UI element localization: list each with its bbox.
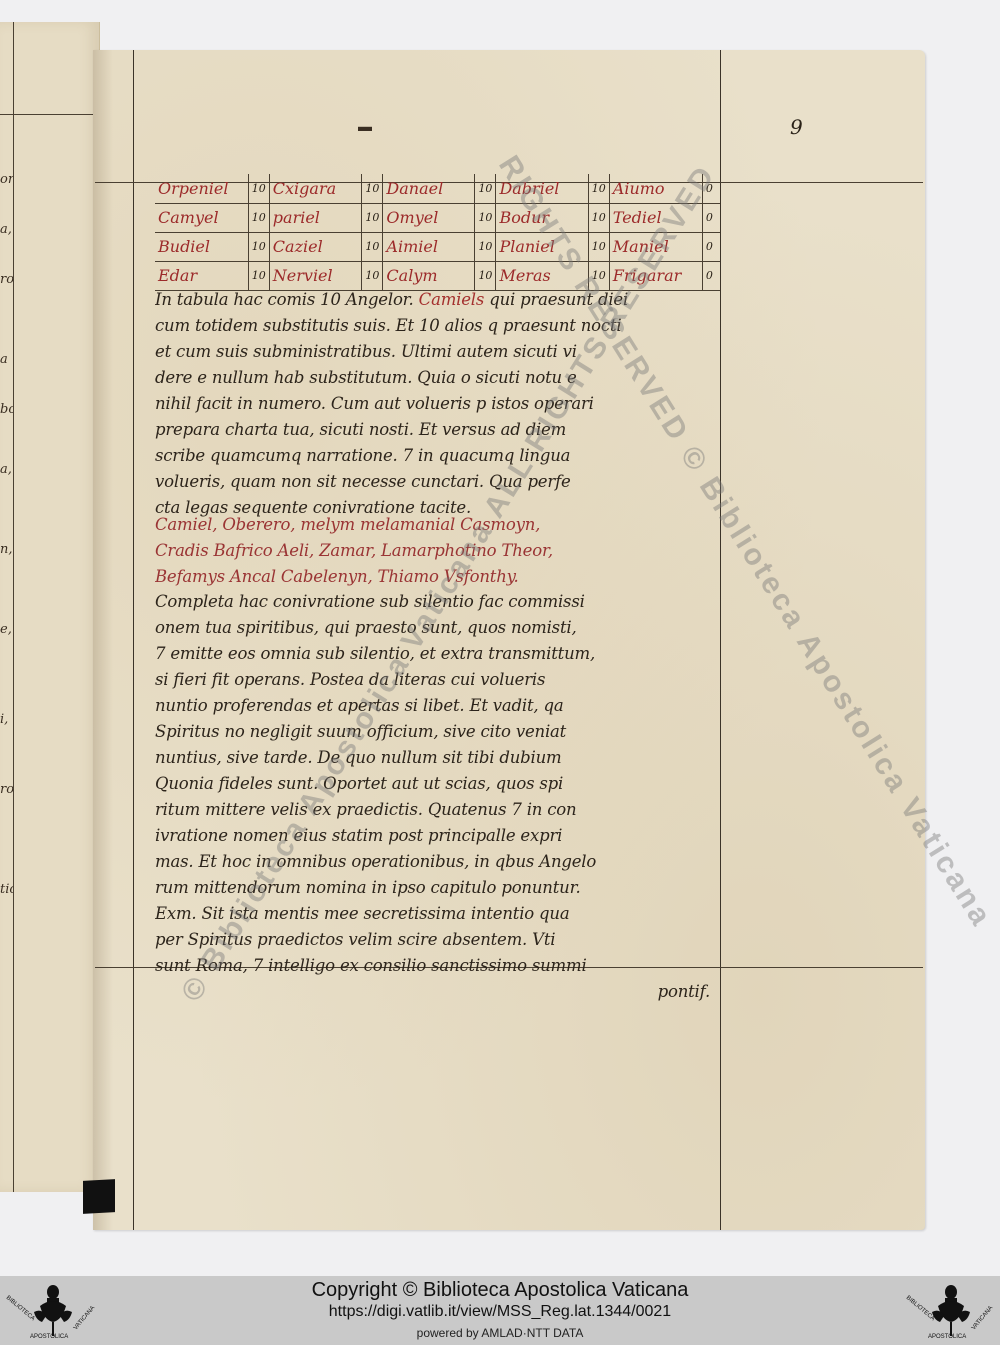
cut-off-text: e,	[0, 622, 13, 637]
conjuration-line: Befamys Ancal Cabelenyn, Thiamo Vsfonthy…	[155, 567, 720, 593]
conjuration-line: Camiel, Oberero, melym melamanial Casmoy…	[155, 515, 720, 541]
table-row: Camyel 10 pariel 10 Omyel 10 Bodur 10 Te…	[155, 203, 720, 232]
manuscript-paragraph-1: In tabula hac comis 10 Angelor. Camiels …	[155, 290, 720, 524]
manuscript-paragraph-2: Completa hac conivratione sub silentio f…	[155, 592, 720, 1002]
angel-count: 0	[702, 203, 720, 232]
cut-off-text: i,	[0, 712, 13, 727]
text-line: si fieri fit operans. Postea da literas …	[155, 670, 720, 696]
angel-name: Calym	[383, 261, 475, 290]
angel-name: Aiumo	[609, 174, 702, 203]
cut-off-text: a	[0, 352, 13, 367]
angel-count: 10	[588, 232, 609, 261]
table-row: Orpeniel 10 Cxigara 10 Danael 10 Dabriel…	[155, 174, 720, 203]
source-url[interactable]: https://digi.vatlib.it/view/MSS_Reg.lat.…	[0, 1303, 1000, 1321]
text-line: pontif.	[155, 982, 720, 1002]
text-line: prepara charta tua, sicuti nosti. Et ver…	[155, 420, 720, 446]
ruled-line	[13, 22, 14, 1192]
angel-count: 0	[702, 232, 720, 261]
text-line: In tabula hac comis 10 Angelor. Camiels …	[155, 290, 720, 316]
table-row: Edar 10 Nerviel 10 Calym 10 Meras 10 Fri…	[155, 261, 720, 290]
angel-count: 10	[475, 203, 496, 232]
angel-name: Aimiel	[383, 232, 475, 261]
angel-name: Camyel	[155, 203, 248, 232]
conjuration-block: Camiel, Oberero, melym melamanial Casmoy…	[155, 515, 720, 593]
angel-count: 10	[362, 232, 383, 261]
angel-count: 10	[475, 261, 496, 290]
angel-count: 0	[702, 261, 720, 290]
angel-name: Tediel	[609, 203, 702, 232]
rubric-word: Camiels	[419, 290, 485, 309]
angel-name: Frigarar	[609, 261, 702, 290]
text-line: nuntius, sive tarde. De quo nullum sit t…	[155, 748, 720, 774]
text-line: et cum suis subministratibus. Ultimi aut…	[155, 342, 720, 368]
text-line: Exm. Sit ista mentis mee secretissima in…	[155, 904, 720, 930]
angel-count: 10	[588, 203, 609, 232]
copyright-footer: BIBLIOTECA APOSTOLICA VATICANA Copyright…	[0, 1276, 1000, 1345]
cut-off-text: tio	[0, 882, 13, 897]
angel-name: Meras	[496, 261, 588, 290]
text-line: Completa hac conivratione sub silentio f…	[155, 592, 720, 618]
svg-text:VATICANA: VATICANA	[971, 1305, 994, 1331]
folio-number: 9	[790, 115, 803, 139]
angel-name: Nerviel	[269, 261, 362, 290]
angel-count: 10	[362, 174, 383, 203]
angel-count: 10	[475, 232, 496, 261]
text-line: 7 emitte eos omnia sub silentio, et extr…	[155, 644, 720, 670]
cut-off-text: ro	[0, 782, 13, 797]
angel-name: Danael	[383, 174, 475, 203]
table-row: Budiel 10 Caziel 10 Aimiel 10 Planiel 10…	[155, 232, 720, 261]
angel-count: 10	[248, 261, 269, 290]
angel-name: Orpeniel	[155, 174, 248, 203]
text-line: Spiritus no negligit suum officium, sive…	[155, 722, 720, 748]
cut-off-text: a,	[0, 222, 13, 237]
angel-count: 10	[248, 203, 269, 232]
text-line: onem tua spiritibus, qui praesto sunt, q…	[155, 618, 720, 644]
angel-name: Planiel	[496, 232, 588, 261]
angel-table: Orpeniel 10 Cxigara 10 Danael 10 Dabriel…	[155, 174, 720, 291]
text-line: ivratione nomen eius statim post princip…	[155, 826, 720, 852]
text-line: rum mittendorum nomina in ipso capitulo …	[155, 878, 720, 904]
angel-name: Budiel	[155, 232, 248, 261]
svg-text:BIBLIOTECA: BIBLIOTECA	[905, 1295, 936, 1322]
angel-name: Edar	[155, 261, 248, 290]
angel-name: Bodur	[496, 203, 588, 232]
gutter-shadow	[93, 50, 113, 1230]
angel-count: 10	[248, 174, 269, 203]
text-line: sunt Roma, 7 intelligo ex consilio sanct…	[155, 956, 720, 982]
text-line: scribe quamcumq narratione. 7 in quacumq…	[155, 446, 720, 472]
text-line: nuntio proferendas et apertas si libet. …	[155, 696, 720, 722]
text-line: cum totidem substitutis suis. Et 10 alio…	[155, 316, 720, 342]
cut-off-text: n,	[0, 542, 13, 557]
angel-name: pariel	[269, 203, 362, 232]
angel-count: 10	[362, 203, 383, 232]
ruled-line-left	[133, 50, 134, 1230]
previous-page-fragment: or a, ro, a bo a, n, e, i, ro tio	[0, 22, 100, 1192]
angel-count: 10	[588, 174, 609, 203]
angel-name: Dabriel	[496, 174, 588, 203]
text-line: Quonia fideles sunt. Oportet aut ut scia…	[155, 774, 720, 800]
text-line: per Spiritus praedictos velim scire abse…	[155, 930, 720, 956]
ruled-line	[0, 114, 95, 115]
vatican-library-seal-icon: BIBLIOTECA APOSTOLICA VATICANA	[866, 1278, 996, 1344]
copyright-text: Copyright © Biblioteca Apostolica Vatica…	[0, 1279, 1000, 1302]
angel-count: 0	[702, 174, 720, 203]
text-line: volueris, quam non sit necesse cunctari.…	[155, 472, 720, 498]
angel-count: 10	[248, 232, 269, 261]
text-line: mas. Et hoc in omnibus operationibus, in…	[155, 852, 720, 878]
angel-count: 10	[588, 261, 609, 290]
cut-off-text: ro,	[0, 272, 13, 287]
ink-mark: ▬	[358, 118, 372, 134]
ruled-line-right	[720, 50, 721, 1230]
text-line: ritum mittere velis ex praedictis. Quate…	[155, 800, 720, 826]
cut-off-text: a,	[0, 462, 13, 477]
angel-name: Omyel	[383, 203, 475, 232]
text-line: dere e nullum hab substitutum. Quia o si…	[155, 368, 720, 394]
angel-count: 10	[362, 261, 383, 290]
text-line: nihil facit in numero. Cum aut volueris …	[155, 394, 720, 420]
image-viewer[interactable]: or a, ro, a bo a, n, e, i, ro tio 9 ▬ Or…	[0, 0, 1000, 1276]
cut-off-text: or	[0, 172, 13, 187]
cut-off-text: bo	[0, 402, 13, 417]
angel-count: 10	[475, 174, 496, 203]
angel-name: Cxigara	[269, 174, 362, 203]
angel-name: Caziel	[269, 232, 362, 261]
powered-by-text: powered by AMLAD·NTT DATA	[0, 1326, 1000, 1340]
conjuration-line: Cradis Bafrico Aeli, Zamar, Lamarphotino…	[155, 541, 720, 567]
svg-text:APOSTOLICA: APOSTOLICA	[928, 1334, 966, 1340]
bookmark-ribbon	[83, 1179, 115, 1214]
angel-name: Maniel	[609, 232, 702, 261]
